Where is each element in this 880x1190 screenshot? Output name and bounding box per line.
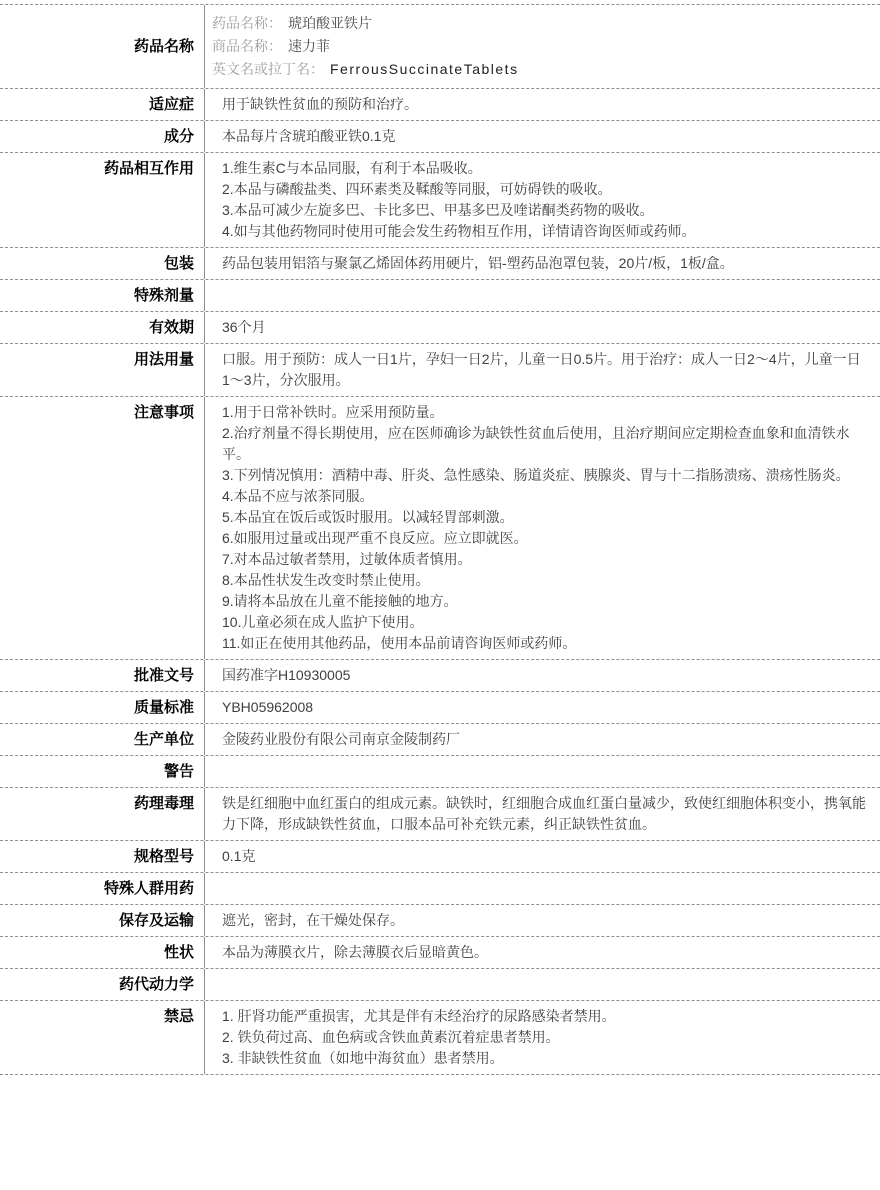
row-content-line: 本品为薄膜衣片，除去薄膜衣后显暗黄色。 [222,942,868,963]
row-content-line: 铁是红细胞中血红蛋白的组成元素。缺铁时，红细胞合成血红蛋白量减少，致使红细胞体积… [222,793,868,835]
row-label: 性状 [0,937,205,968]
row-label: 生产单位 [0,724,205,755]
row-label: 质量标准 [0,692,205,723]
table-row: 药理毒理铁是红细胞中血红蛋白的组成元素。缺铁时，红细胞合成血红蛋白量减少，致使红… [0,788,880,841]
row-content: 口服。用于预防：成人一日1片，孕妇一日2片，儿童一日0.5片。用于治疗：成人一日… [205,344,880,396]
row-label: 警告 [0,756,205,787]
row-content: 金陵药业股份有限公司南京金陵制药厂 [205,724,880,755]
row-label: 药理毒理 [0,788,205,840]
row-content-line: 本品每片含琥珀酸亚铁0.1克 [222,126,868,147]
table-row: 生产单位金陵药业股份有限公司南京金陵制药厂 [0,724,880,756]
row-content-line: 6.如服用过量或出现严重不良反应。应立即就医。 [222,528,868,549]
table-row: 特殊人群用药 [0,873,880,905]
row-content-line: 3.本品可减少左旋多巴、卡比多巴、甲基多巴及喹诺酮类药物的吸收。 [222,200,868,221]
row-content: 药品名称：琥珀酸亚铁片商品名称：速力菲英文名或拉丁名：FerrousSuccin… [205,5,880,88]
row-content-line: 2. 铁负荷过高、血色病或含铁血黄素沉着症患者禁用。 [222,1027,868,1048]
row-content-line: 1.维生素C与本品同服，有利于本品吸收。 [222,158,868,179]
row-content [205,756,880,787]
row-content-line: YBH05962008 [222,697,868,718]
row-content-line: 1.用于日常补铁时。应采用预防量。 [222,402,868,423]
row-content [205,873,880,904]
row-label: 适应症 [0,89,205,120]
table-row: 特殊剂量 [0,280,880,312]
row-content-line: 药品名称：琥珀酸亚铁片 [212,12,868,35]
row-content-line: 36个月 [222,317,868,338]
table-row: 批准文号国药准字H10930005 [0,660,880,692]
field-value: FerrousSuccinateTablets [330,61,519,77]
row-content [205,969,880,1000]
row-content-line: 10.儿童必须在成人监护下使用。 [222,612,868,633]
table-row: 成分本品每片含琥珀酸亚铁0.1克 [0,121,880,153]
row-content-line: 4.本品不应与浓茶同服。 [222,486,868,507]
table-row: 性状本品为薄膜衣片，除去薄膜衣后显暗黄色。 [0,937,880,969]
row-content-line: 国药准字H10930005 [222,665,868,686]
row-content: 国药准字H10930005 [205,660,880,691]
row-content-line: 2.治疗剂量不得长期使用，应在医师确诊为缺铁性贫血后使用，且治疗期间应定期检查血… [222,423,868,465]
row-label: 成分 [0,121,205,152]
row-label: 有效期 [0,312,205,343]
table-row: 适应症用于缺铁性贫血的预防和治疗。 [0,89,880,121]
row-content: 药品包装用铝箔与聚氯乙烯固体药用硬片，铝-塑药品泡罩包装，20片/板，1板/盒。 [205,248,880,279]
row-label: 药品名称 [0,5,205,88]
row-content: 1.用于日常补铁时。应采用预防量。2.治疗剂量不得长期使用，应在医师确诊为缺铁性… [205,397,880,659]
table-row: 药品名称药品名称：琥珀酸亚铁片商品名称：速力菲英文名或拉丁名：FerrousSu… [0,5,880,89]
row-content: 用于缺铁性贫血的预防和治疗。 [205,89,880,120]
row-content-line: 7.对本品过敏者禁用，过敏体质者慎用。 [222,549,868,570]
row-label: 批准文号 [0,660,205,691]
row-label: 包装 [0,248,205,279]
table-row: 禁忌1. 肝肾功能严重损害，尤其是伴有未经治疗的尿路感染者禁用。2. 铁负荷过高… [0,1001,880,1075]
row-label: 注意事项 [0,397,205,659]
row-label: 药品相互作用 [0,153,205,247]
row-content-line: 遮光，密封，在干燥处保存。 [222,910,868,931]
row-content: YBH05962008 [205,692,880,723]
table-row: 规格型号0.1克 [0,841,880,873]
row-label: 禁忌 [0,1001,205,1074]
row-content-line: 1. 肝肾功能严重损害，尤其是伴有未经治疗的尿路感染者禁用。 [222,1006,868,1027]
row-content: 0.1克 [205,841,880,872]
table-row: 保存及运输遮光，密封，在干燥处保存。 [0,905,880,937]
row-content: 1.维生素C与本品同服，有利于本品吸收。2.本品与磷酸盐类、四环素类及鞣酸等同服… [205,153,880,247]
row-label: 规格型号 [0,841,205,872]
row-content-line: 用于缺铁性贫血的预防和治疗。 [222,94,868,115]
row-content-line: 3.下列情况慎用：酒精中毒、肝炎、急性感染、肠道炎症、胰腺炎、胃与十二指肠溃疡、… [222,465,868,486]
row-content: 铁是红细胞中血红蛋白的组成元素。缺铁时，红细胞合成血红蛋白量减少，致使红细胞体积… [205,788,880,840]
row-content: 36个月 [205,312,880,343]
row-content: 1. 肝肾功能严重损害，尤其是伴有未经治疗的尿路感染者禁用。2. 铁负荷过高、血… [205,1001,880,1074]
field-label: 英文名或拉丁名： [212,61,324,77]
row-content: 遮光，密封，在干燥处保存。 [205,905,880,936]
row-content-line: 3. 非缺铁性贫血（如地中海贫血）患者禁用。 [222,1048,868,1069]
row-content: 本品每片含琥珀酸亚铁0.1克 [205,121,880,152]
table-row: 注意事项1.用于日常补铁时。应采用预防量。2.治疗剂量不得长期使用，应在医师确诊… [0,397,880,660]
row-content-line: 4.如与其他药物同时使用可能会发生药物相互作用，详情请咨询医师或药师。 [222,221,868,242]
field-label: 商品名称： [212,38,282,54]
row-content-line: 5.本品宜在饭后或饭时服用。以减轻胃部刺激。 [222,507,868,528]
row-content-line: 口服。用于预防：成人一日1片，孕妇一日2片，儿童一日0.5片。用于治疗：成人一日… [222,349,868,391]
field-value: 琥珀酸亚铁片 [288,15,372,31]
row-content-line: 2.本品与磷酸盐类、四环素类及鞣酸等同服，可妨碍铁的吸收。 [222,179,868,200]
row-content: 本品为薄膜衣片，除去薄膜衣后显暗黄色。 [205,937,880,968]
row-content-line: 8.本品性状发生改变时禁止使用。 [222,570,868,591]
row-content-line: 商品名称：速力菲 [212,35,868,58]
row-content-line: 9.请将本品放在儿童不能接触的地方。 [222,591,868,612]
table-row: 有效期36个月 [0,312,880,344]
row-content-line: 英文名或拉丁名：FerrousSuccinateTablets [212,58,868,81]
table-row: 包装药品包装用铝箔与聚氯乙烯固体药用硬片，铝-塑药品泡罩包装，20片/板，1板/… [0,248,880,280]
row-content-line: 0.1克 [222,846,868,867]
table-row: 质量标准YBH05962008 [0,692,880,724]
table-row: 药品相互作用1.维生素C与本品同服，有利于本品吸收。2.本品与磷酸盐类、四环素类… [0,153,880,248]
row-content-line: 11.如正在使用其他药品，使用本品前请咨询医师或药师。 [222,633,868,654]
row-label: 用法用量 [0,344,205,396]
drug-info-table: 药品名称药品名称：琥珀酸亚铁片商品名称：速力菲英文名或拉丁名：FerrousSu… [0,4,880,1075]
field-value: 速力菲 [288,38,330,54]
table-row: 警告 [0,756,880,788]
row-content-line: 药品包装用铝箔与聚氯乙烯固体药用硬片，铝-塑药品泡罩包装，20片/板，1板/盒。 [222,253,868,274]
row-content [205,280,880,311]
field-label: 药品名称： [212,15,282,31]
row-label: 特殊剂量 [0,280,205,311]
table-row: 用法用量口服。用于预防：成人一日1片，孕妇一日2片，儿童一日0.5片。用于治疗：… [0,344,880,397]
row-label: 特殊人群用药 [0,873,205,904]
row-content-line: 金陵药业股份有限公司南京金陵制药厂 [222,729,868,750]
row-label: 药代动力学 [0,969,205,1000]
table-row: 药代动力学 [0,969,880,1001]
row-label: 保存及运输 [0,905,205,936]
